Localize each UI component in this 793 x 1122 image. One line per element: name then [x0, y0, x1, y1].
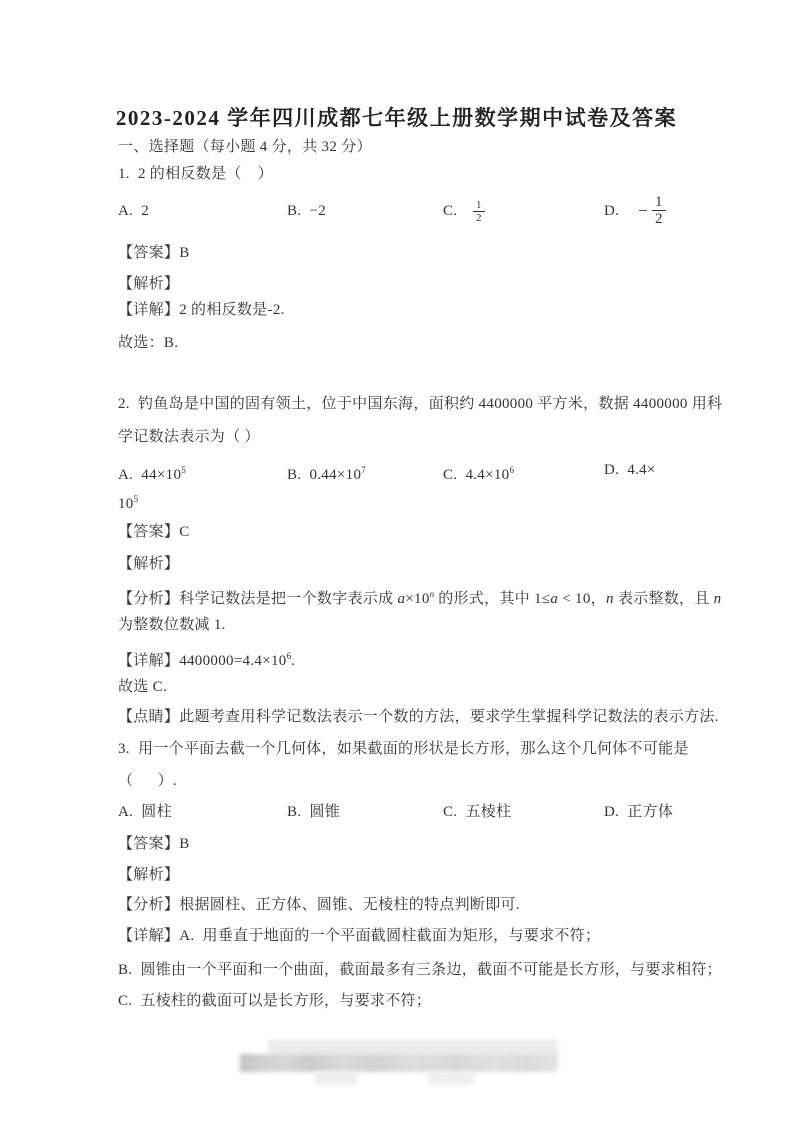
fraction-numerator: 1 — [652, 194, 666, 211]
q2-analysis-var-n2: n — [606, 591, 614, 607]
q2-remark: 【点睛】此题考查用科学记数法表示一个数的方法，要求学生掌握科学记数法的表示方法. — [118, 709, 719, 726]
exam-document-page: 2023-2024 学年四川成都七年级上册数学期中试卷及答案 一、选择题（每小题… — [0, 0, 793, 1122]
q2-option-d-cont-base: 10 — [118, 496, 134, 512]
q3-analysis-tag: 【解析】 — [118, 867, 179, 884]
q1-option-b: B. −2 — [287, 203, 326, 220]
q1-detail: 【详解】2 的相反数是-2. — [118, 302, 285, 319]
q1-option-d-label: D. — [604, 203, 619, 220]
q2-analysis-line1: 【分析】科学记数法是把一个数字表示成 a×10n 的形式，其中 1≤a < 10… — [118, 586, 721, 608]
q2-detail-base: 【详解】4400000=4.4×10 — [118, 653, 287, 669]
q2-option-d-cont-exponent: 5 — [134, 494, 139, 504]
redacted-watermark-fragment — [315, 1072, 357, 1085]
q2-option-b-base: B. 0.44×10 — [287, 467, 361, 483]
q1-conclusion: 故选：B. — [118, 335, 178, 352]
q2-analysis-tag: 【解析】 — [118, 556, 179, 573]
q3-option-d: D. 正方体 — [604, 804, 673, 821]
q2-option-a-base: A. 44×10 — [118, 467, 181, 483]
q2-analysis-seg2: ×10 — [405, 591, 429, 607]
q2-detail: 【详解】4400000=4.4×106. — [118, 648, 295, 670]
q2-analysis-seg5: 表示整数，且 — [614, 591, 714, 607]
q3-option-b: B. 圆锥 — [287, 804, 340, 821]
section1-header: 一、选择题（每小题 4 分，共 32 分） — [118, 139, 372, 156]
document-title: 2023-2024 学年四川成都七年级上册数学期中试卷及答案 — [0, 102, 793, 132]
q1-stem: 1. 2 的相反数是（ ） — [118, 166, 273, 183]
q1-option-c-label: C. — [443, 203, 457, 220]
q1-option-c-fraction: 1 2 — [473, 199, 485, 224]
q3-detail-a: 【详解】A. 用垂直于地面的一个平面截圆柱截面为矩形，与要求不符； — [118, 928, 600, 945]
q2-option-a: A. 44×105 — [118, 462, 186, 484]
q1-option-d-minus: − — [638, 201, 648, 221]
q3-option-c: C. 五棱柱 — [443, 804, 511, 821]
q2-answer: 【答案】C — [118, 524, 190, 541]
q2-option-c-base: C. 4.4×10 — [443, 467, 509, 483]
q3-answer: 【答案】B — [118, 836, 190, 853]
q3-detail-b: B. 圆锥由一个平面和一个曲面，截面最多有三条边，截面不可能是长方形，与要求相符… — [118, 962, 722, 979]
q2-stem-line2: 学记数法表示为（ ） — [118, 429, 260, 446]
q2-option-b-exponent: 7 — [361, 465, 366, 475]
q3-detail-c: C. 五棱柱的截面可以是长方形，与要求不符； — [118, 993, 431, 1010]
q2-analysis-seg3: 的形式，其中 1≤ — [434, 591, 550, 607]
fraction-denominator: 2 — [473, 212, 485, 224]
q3-option-a: A. 圆柱 — [118, 804, 172, 821]
q3-stem-line1: 3. 用一个平面去截一个几何体，如果截面的形状是长方形，那么这个几何体不可能是 — [118, 741, 689, 758]
q1-option-d-fraction: 1 2 — [652, 194, 666, 227]
q2-analysis-seg4: < 10， — [558, 591, 606, 607]
fraction-numerator: 1 — [473, 199, 485, 212]
q2-option-d: D. 4.4× — [604, 462, 656, 479]
q1-answer: 【答案】B — [118, 245, 190, 262]
q2-option-c-exponent: 6 — [509, 465, 514, 475]
q2-option-a-exponent: 5 — [181, 465, 186, 475]
q2-analysis-var-n3: n — [714, 591, 722, 607]
q1-analysis-tag: 【解析】 — [118, 276, 179, 293]
q2-option-d-continuation: 105 — [118, 491, 138, 513]
q2-stem-line1: 2. 钓鱼岛是中国的固有领土，位于中国东海，面积约 4400000 平方米，数据… — [118, 396, 722, 413]
q2-option-b: B. 0.44×107 — [287, 462, 366, 484]
q2-conclusion: 故选 C. — [118, 679, 167, 696]
redacted-watermark-halo — [268, 1040, 558, 1055]
redacted-watermark-bar — [240, 1054, 558, 1072]
q3-stem-line2: （ ）. — [118, 773, 177, 790]
q1-option-a: A. 2 — [118, 203, 149, 220]
redacted-watermark-fragment — [428, 1072, 474, 1085]
q2-option-c: C. 4.4×106 — [443, 462, 514, 484]
q3-analysis: 【分析】根据圆柱、正方体、圆锥、无棱柱的特点判断即可. — [118, 897, 520, 914]
fraction-denominator: 2 — [652, 211, 666, 227]
q2-analysis-line2: 为整数位数减 1. — [118, 617, 226, 634]
q2-analysis-seg1: 【分析】科学记数法是把一个数字表示成 — [118, 591, 397, 607]
q2-detail-period: . — [291, 653, 295, 669]
